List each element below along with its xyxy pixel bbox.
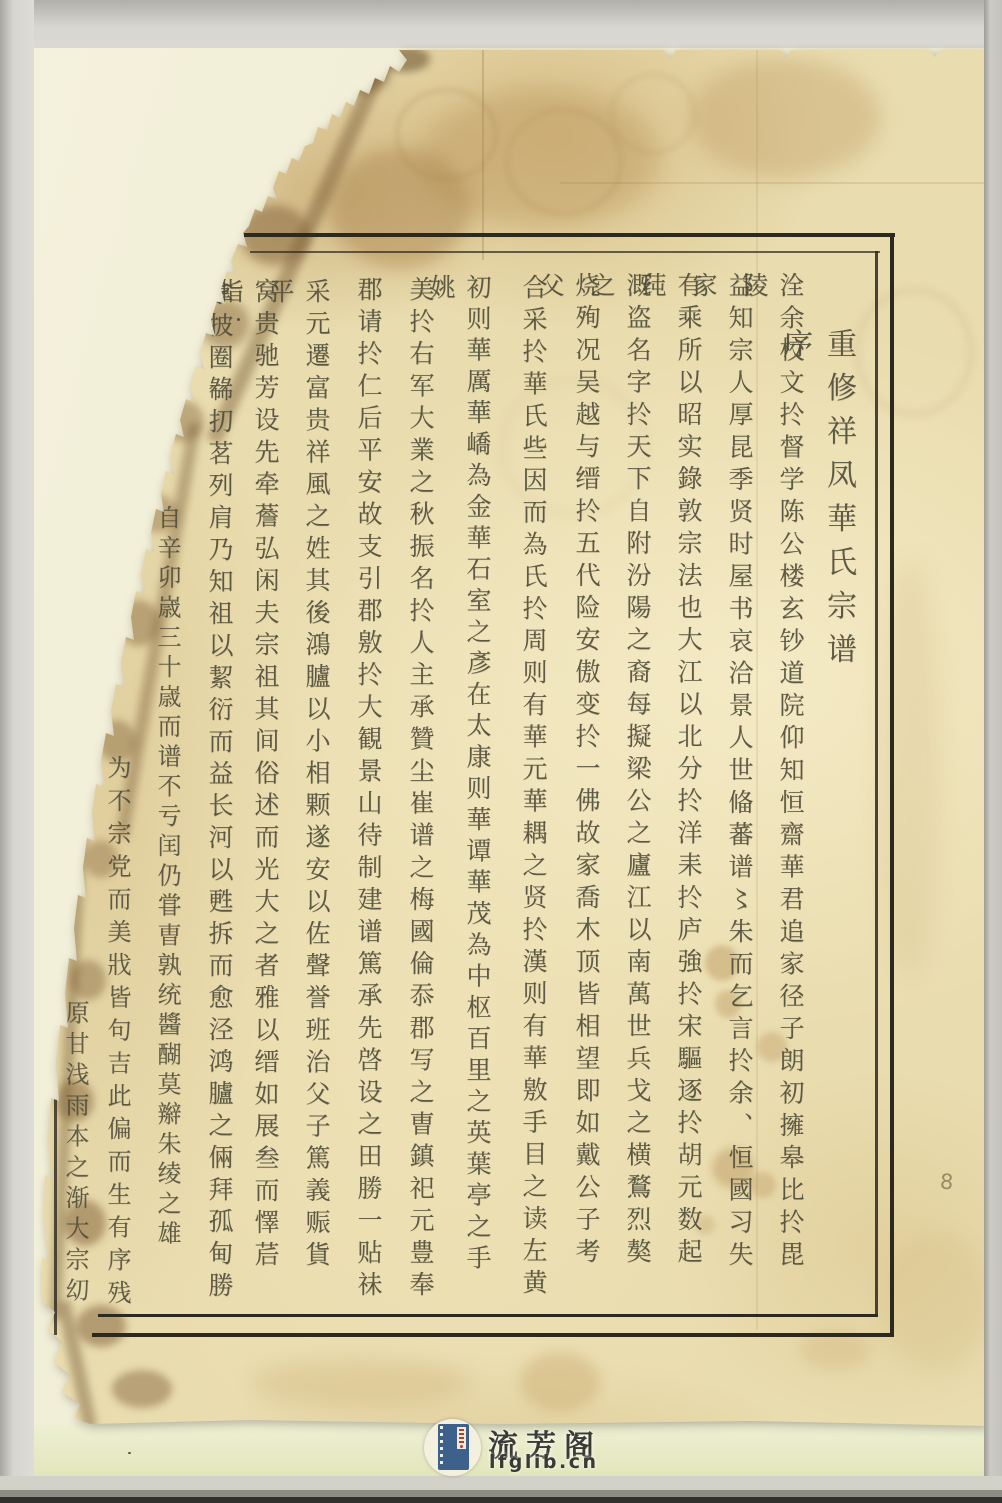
stain (880, 1230, 990, 1370)
text-column: 合采扵華氏些因而為氏扵周则有華元華耦之贤扵漢则有華敫手目之读左黄 (517, 274, 551, 1302)
crease (560, 182, 990, 184)
stain (520, 1352, 600, 1412)
text-column: 洤余校文扵督学陈公楼玄钞道院仰知恒齋華君追家径子朗初擁皋比扵毘陵 (774, 272, 808, 1304)
text-column: 拿披圈㣈㧅茗列肩乃知祖以絜衍而益长河以甦拆而愈泾鸿臚之倆拜孤甸勝 (203, 280, 237, 1304)
scanner-edge-left (0, 0, 34, 1503)
crease (482, 50, 484, 260)
stain (880, 560, 940, 980)
manuscript-paper-wrap: 重修祥凤華氏宗谱序洤余校文扵督学陈公楼玄钞道院仰知恒齋華君追家径子朗初擁皋比扵毘… (0, 0, 1002, 1503)
dust-speck (237, 318, 240, 321)
text-column: 至 (140, 374, 174, 408)
text-column: 采元遷富贵祥風之姓其後鴻臚以小相颗遂安以佐聲誉班治父子篤義赈貨平 (300, 278, 334, 1304)
dust-speck (128, 1452, 131, 1454)
text-column: 郡请扵仁后平安故支引郡敫扵大観景山待制建谱篤承先啓设之田勝一贴祙 (352, 276, 386, 1304)
text-column: 溉盗名字扵天下自附汾陽之裔每擬梁公之廬江以南萬世兵戈之横鶩烈獒之 (621, 272, 655, 1302)
text-column: 益知宗人厚昆季贤时屋书哀洽景人世偹蕃谱〻朱而乞言扵余、恒國习失家 (723, 272, 757, 1304)
frame-border-bottom-outer (92, 1333, 893, 1337)
scanner-edge-right (984, 0, 1002, 1503)
scanner-edge-bottom-dark (0, 1497, 1002, 1503)
text-column: 烧殉况吴越与缙扵五代险安傲变扵一佛故家喬木顶皆相望即如戴公子考父 (570, 272, 604, 1302)
frame-border-right-outer (890, 233, 894, 1337)
scanned-manuscript-page: 重修祥凤華氏宗谱序洤余校文扵督学陈公楼玄钞道院仰知恒齋華君追家径子朗初擁皋比扵毘… (0, 0, 1002, 1503)
text-column: 初则華厲華嶠為金華石室之彥在太康则華谭華茂為中枢百里之英葉亭之手姚 (461, 274, 495, 1306)
tear-stain (112, 1370, 172, 1408)
frame-border-top-inner (250, 251, 880, 253)
tear-stain (380, 46, 430, 72)
text-column: 自辛卯𡻕三十𡻕而谱不亏闰仍甞曺孰统醬醐莫辮朱绫之雄 (151, 505, 185, 1310)
frame-border-top-outer (244, 233, 895, 237)
manuscript-paper: 重修祥凤華氏宗谱序洤余校文扵督学陈公楼玄钞道院仰知恒齋華君追家径子朗初擁皋比扵毘… (0, 0, 1002, 1503)
page-number-annotation: 8 (939, 1170, 954, 1195)
tear-stain (162, 400, 204, 442)
stain-ring (855, 288, 973, 416)
frame-border-right-inner (875, 251, 878, 1317)
stain (250, 1358, 470, 1408)
scanner-edge-bottom-shadow (0, 1490, 1002, 1497)
stain (690, 58, 880, 178)
text-column: 窝贵驰芳设先牵薝弘闲夫宗祖其间俗述而光大之者雅以缙如展叁而懌茩指 (249, 278, 283, 1304)
text-column: 为不宗党而美戕皆句吉此偏而生有序残 (101, 755, 135, 1313)
stain-ring (505, 108, 623, 216)
text-column: 芳 (139, 334, 173, 370)
scanner-edge-bottom (0, 1476, 1002, 1490)
text-column: 美扵右军大業之秋振名扵人主承贊尘崔谱之梅國倫忝郡写之曺鎮祀元豊奉 (404, 276, 438, 1304)
tear-stain (300, 55, 390, 95)
text-column: 重修祥凤華氏宗谱序 (826, 328, 860, 720)
text-column: 原甘浅雨本之渐大宗㓜 (59, 1000, 93, 1308)
stain-ring (610, 73, 696, 154)
frame-border-left-remnant (54, 1085, 57, 1335)
text-column: 有乘所以昭实錄敦宗法也大江以北分扵洋耒扵庐強扵宋驅逐扵胡元数起莼 (672, 272, 706, 1302)
frame-border-bottom-inner (98, 1314, 878, 1317)
